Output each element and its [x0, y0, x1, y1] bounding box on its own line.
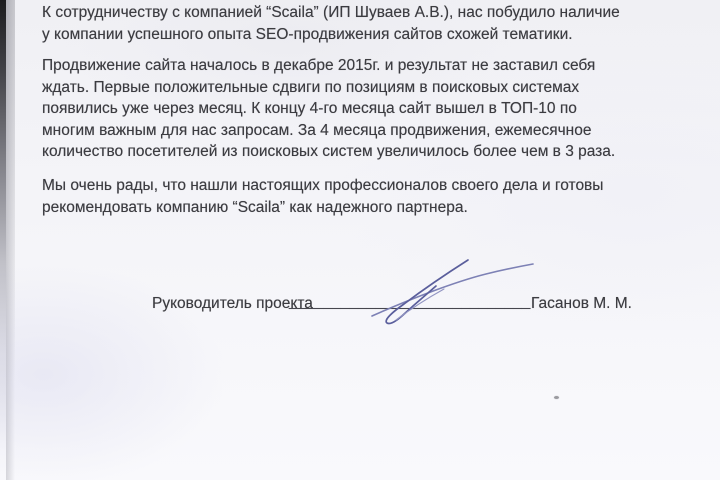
text-line: у компании успешного опыта SEO-продвижен… — [42, 24, 620, 46]
text-line: рекомендовать компанию “Scaila” как наде… — [42, 197, 603, 219]
paragraph-recommendation: Мы очень рады, что нашли настоящих профе… — [42, 175, 603, 218]
scanned-letter-page: К сотрудничеству с компанией “Scaila” (И… — [0, 0, 720, 480]
text-line: появились уже через месяц. К концу 4-го … — [42, 98, 615, 120]
text-line: Продвижение сайта началось в декабре 201… — [42, 55, 615, 77]
paragraph-results: Продвижение сайта началось в декабре 201… — [42, 55, 615, 163]
text-line: Мы очень рады, что нашли настоящих профе… — [42, 175, 603, 197]
text-line: многим важным для нас запросам. За 4 мес… — [42, 120, 615, 142]
paper-speck — [554, 396, 559, 399]
signer-name: Гасанов М. М. — [531, 295, 632, 313]
text-line: количество посетителей из поисковых сист… — [42, 141, 615, 163]
paragraph-intro: К сотрудничеству с компанией “Scaila” (И… — [42, 2, 620, 45]
letter-body: К сотрудничеству с компанией “Scaila” (И… — [0, 0, 720, 480]
handwritten-signature — [358, 250, 540, 332]
text-line: ждать. Первые положительные сдвиги по по… — [42, 77, 615, 99]
text-line: К сотрудничеству с компанией “Scaila” (И… — [42, 2, 620, 24]
